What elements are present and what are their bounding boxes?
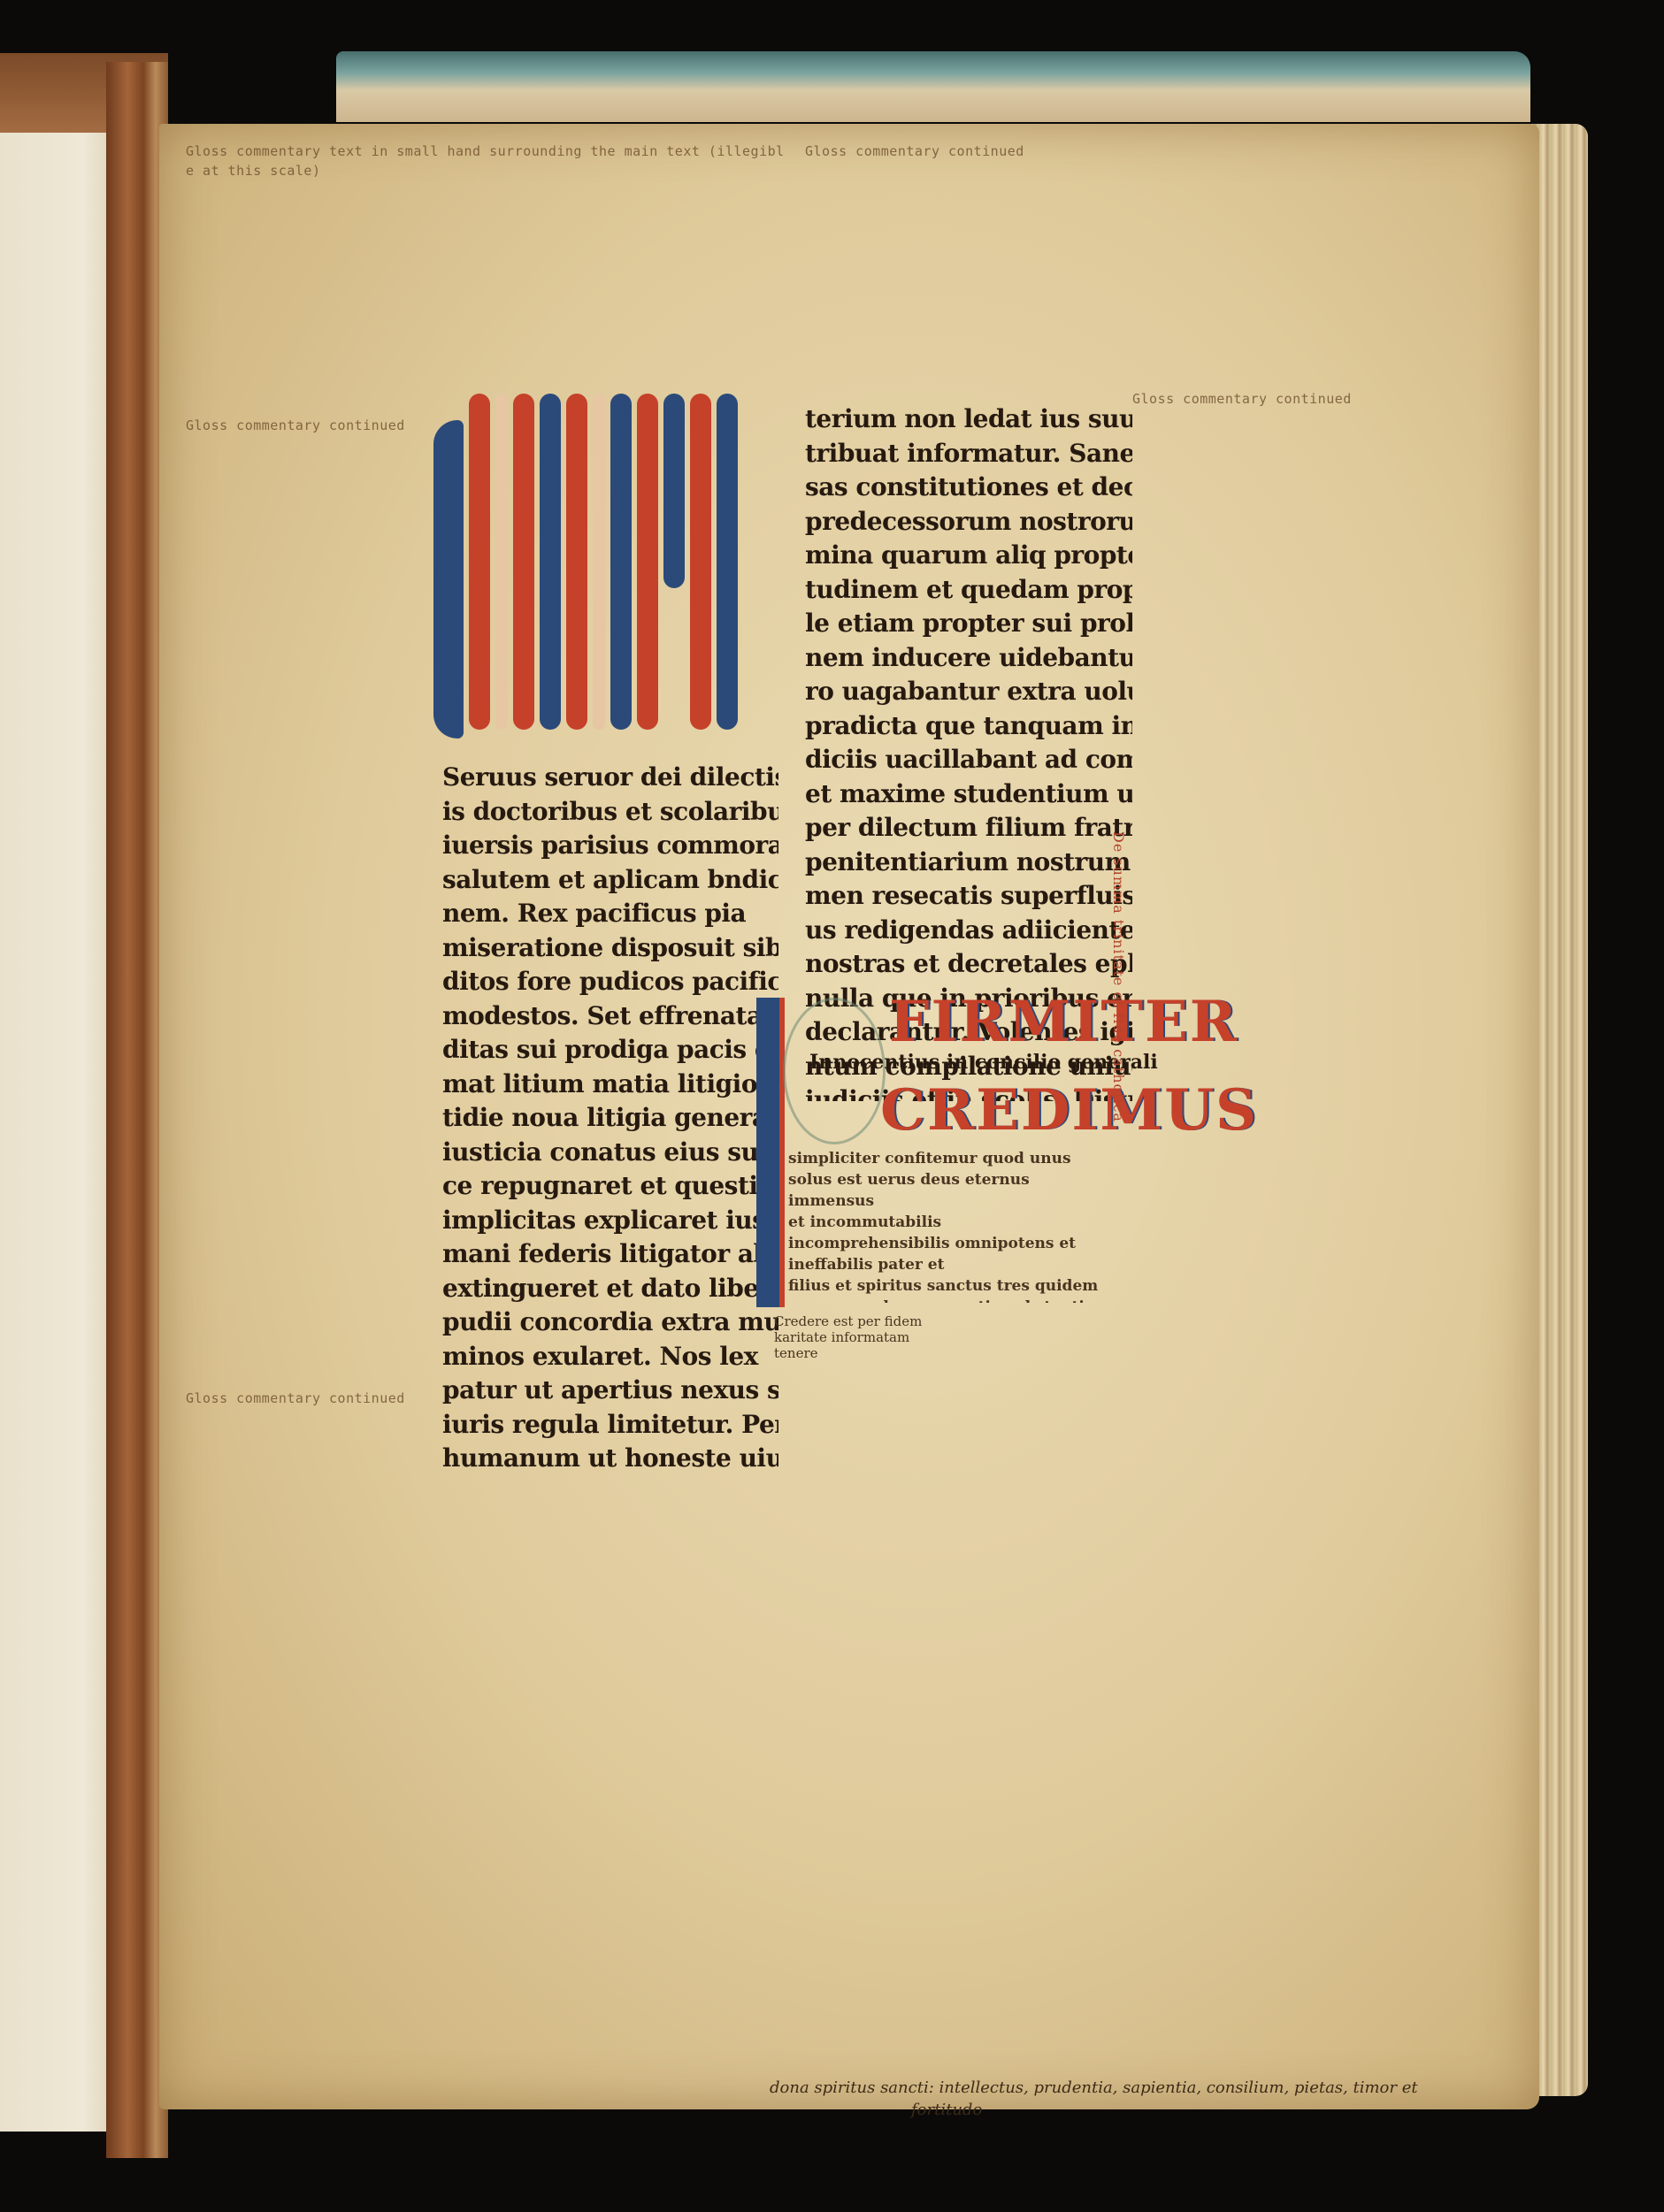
text-line: le etiam propter sui prolixitatem confus…	[805, 607, 1132, 641]
text-line: minos exularet. Nos lex	[442, 1340, 778, 1374]
text-line: mani federis litigator abusus	[442, 1237, 778, 1272]
illuminated-initial-firmiter: FIRMITER Innocentius in concilio general…	[756, 980, 1110, 1316]
text-line: ro uagabantur extra uolumina su	[805, 675, 1132, 709]
text-line: per dilectum filium fratrem R. capellanu…	[805, 811, 1132, 846]
text-line: pudii concordia extra munia ter	[442, 1305, 778, 1340]
text-line: tribuat informatur. Sane diu	[805, 437, 1132, 471]
main-text-column-left: Seruus seruor dei dilectis fili is docto…	[442, 761, 778, 1486]
text-line: et incommutabilis incomprehensibilis omn…	[788, 1212, 1107, 1275]
text-line: iuris regula limitetur. Per gen	[442, 1408, 778, 1443]
gloss-right-margin: Gloss commentary continued	[1132, 389, 1522, 1397]
heading-credimus: CREDIMUS	[880, 1077, 1258, 1144]
text-line: ditas sui prodiga pacis emula	[442, 1033, 778, 1068]
manuscript-folio: Gloss commentary text in small hand surr…	[159, 124, 1539, 2109]
text-line: implicitas explicaret ius hu	[442, 1204, 778, 1238]
text-line: tudinem et quedam propter contrarietatem…	[805, 573, 1132, 608]
text-line: miseratione disposuit sibi s	[442, 931, 778, 966]
creed-text: simpliciter confitemur quod unus solus e…	[788, 1148, 1107, 1303]
text-line: humanum ut honeste uiuat al	[442, 1442, 778, 1476]
illuminated-initial-gregorius: GREGORIUS EPS	[433, 394, 770, 747]
text-line: ce repugnaret et questiones ipsius	[442, 1169, 778, 1204]
text-line: is doctoribus et scolaribus un	[442, 795, 778, 830]
rubric-innocentius: Innocentius in concilio generali	[809, 1051, 1158, 1074]
gloss-bottom: Gloss commentary continued	[186, 1389, 1522, 2078]
initial-heading-text: GREGORIUS EPS	[433, 752, 441, 753]
footer-annotation-line-1: dona spiritus sancti: intellectus, prude…	[770, 2078, 1530, 2097]
gloss-top-left: Gloss commentary text in small hand surr…	[186, 142, 787, 416]
text-line: simpliciter confitemur quod unus solus e…	[788, 1148, 1107, 1212]
text-line: terium non ledat ius suum cuiq	[805, 402, 1132, 437]
text-line: nem inducere uidebantur. Aliq ue	[805, 641, 1132, 676]
text-line: ditos fore pudicos pacificos et	[442, 965, 778, 999]
text-line: men resecatis superfluis prouidim	[805, 879, 1132, 914]
text-line: filius et spiritus sanctus tres quidem p…	[788, 1275, 1107, 1303]
decorative-letter-strokes	[433, 394, 770, 747]
facing-flyleaf	[0, 133, 119, 2132]
text-line: nostras et decretales eplas per quas non	[805, 947, 1132, 982]
text-line: Seruus seruor dei dilectis fili	[442, 761, 778, 795]
text-line: us redigendas adiicientes constitutiones	[805, 914, 1132, 948]
text-line: iuersis parisius commorantib	[442, 829, 778, 863]
gloss-left-margin: Gloss commentary continued	[186, 416, 425, 1380]
text-line: modestos. Set effrenata cupi	[442, 999, 778, 1034]
text-line: iusticia conatus eius sua iuris	[442, 1136, 778, 1170]
text-line: tidie noua litigia generat ut n	[442, 1101, 778, 1136]
page-block-top-edge	[336, 51, 1530, 122]
initial-f-stem	[756, 998, 785, 1307]
text-line: pradicta que tanquam incerte frequenter …	[805, 709, 1132, 744]
text-line: et maxime studentium utilitatem	[805, 777, 1132, 812]
gloss-note-credere: Credere est per fidem karitate informata…	[774, 1313, 951, 1361]
running-head-vertical: De summa trinitate et fide catholica	[1110, 831, 1127, 1229]
text-line: diciis uacillabant ad communem	[805, 743, 1132, 777]
gloss-top-right: Gloss commentary continued	[805, 142, 1513, 407]
text-line: mina quarum aliq propter nimiam simili	[805, 539, 1132, 573]
text-line: sas constitutiones et decretales eplas	[805, 471, 1132, 505]
text-line: extingueret et dato libello re	[442, 1272, 778, 1306]
heading-firmiter: FIRMITER	[889, 989, 1238, 1055]
text-line: predecessorum nostrorum dispersas uolu	[805, 505, 1132, 540]
text-line: salutem et aplicam bndictio	[442, 863, 778, 898]
text-line: penitentiarium nostrum in unum uolu	[805, 846, 1132, 880]
text-line: patur ut apertius nexus sub	[442, 1374, 778, 1408]
text-line: nem. Rex pacificus pia	[442, 897, 778, 931]
footer-annotation-line-2: fortitudo	[911, 2101, 982, 2119]
text-line: mat litium matia litigior cot	[442, 1068, 778, 1102]
